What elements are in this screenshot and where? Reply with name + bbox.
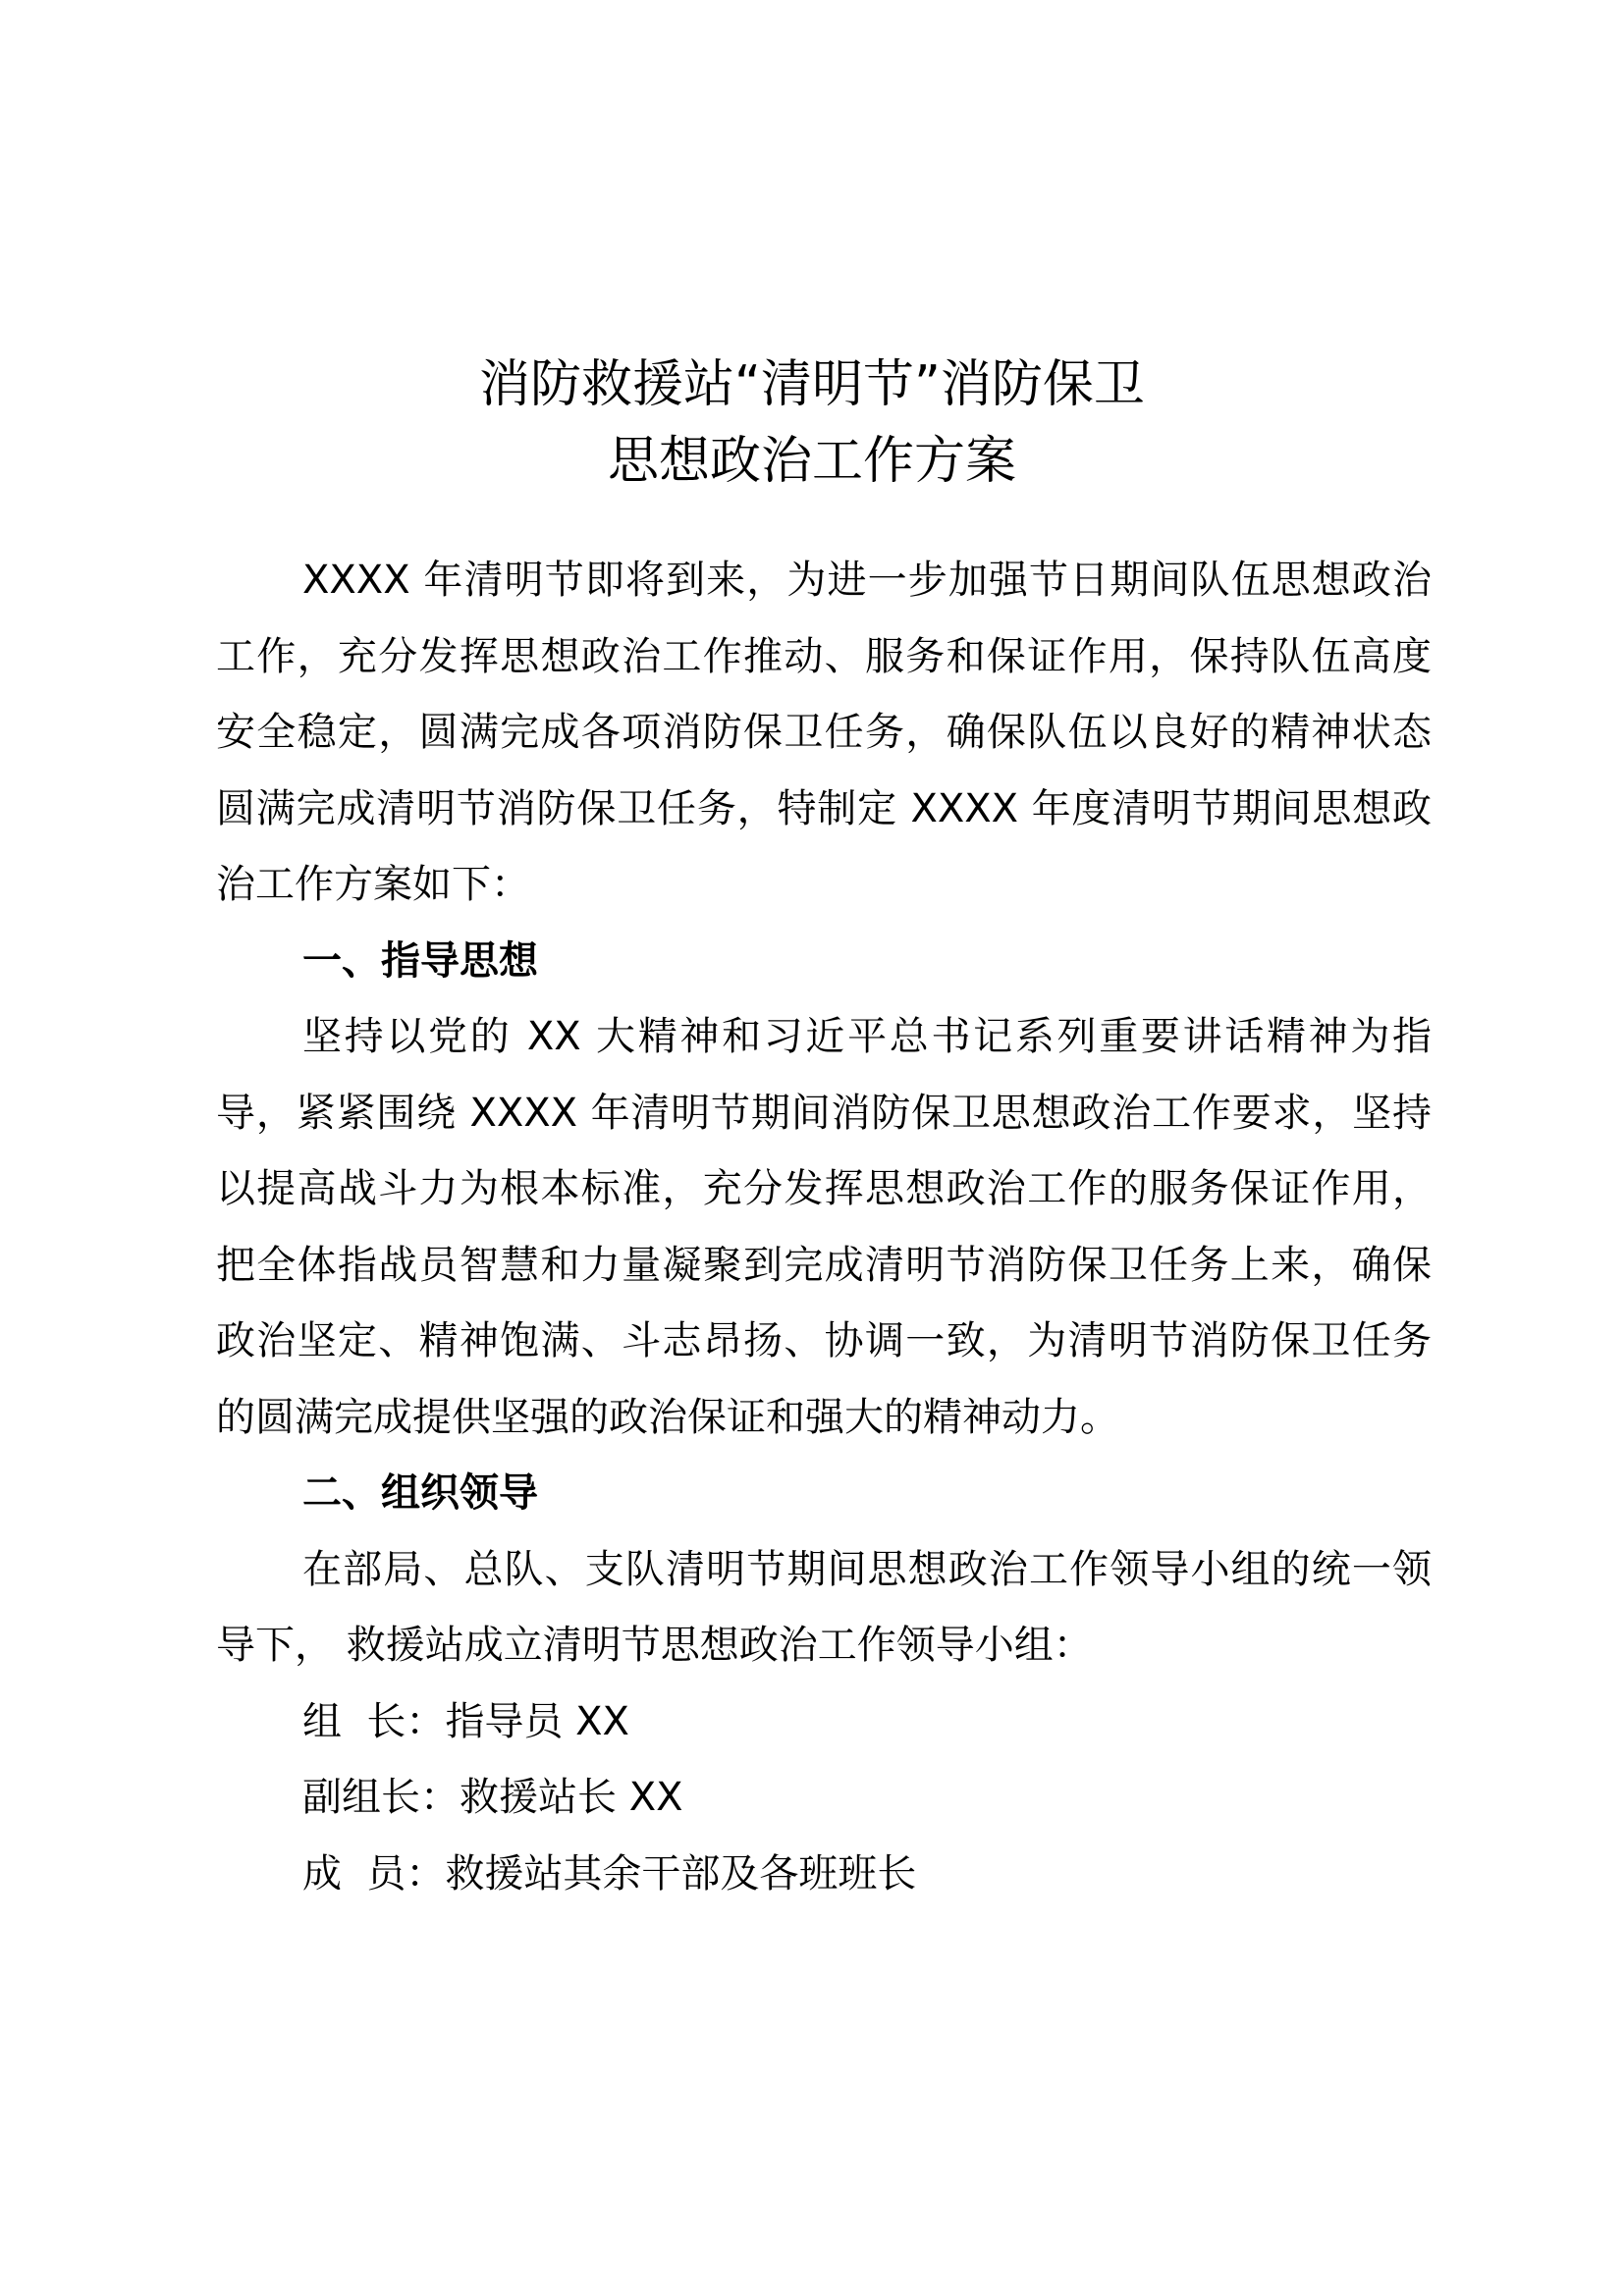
member-value: 救援站长 XX (460, 1775, 683, 1820)
section-paragraph-guiding-ideology: 坚持以党的 XX 大精神和习近平总书记系列重要讲话精神为指导，紧紧围绕 XXXX… (216, 999, 1432, 1456)
document-page: 消防救援站“清明节”消防保卫 思想政治工作方案 XXXX 年清明节即将到来，为进… (0, 0, 1624, 2296)
member-role: 成 员： (302, 1851, 445, 1896)
member-leader: 组 长：指导员 XX (216, 1684, 1432, 1761)
title-line-2: 思想政治工作方案 (0, 423, 1624, 500)
member-role: 组 长： (302, 1699, 445, 1744)
member-role: 副组长： (302, 1775, 460, 1820)
document-title: 消防救援站“清明节”消防保卫 思想政治工作方案 (0, 347, 1624, 500)
document-body: XXXX 年清明节即将到来，为进一步加强节日期间队伍思想政治工作，充分发挥思想政… (216, 543, 1432, 1912)
member-members: 成 员：救援站其余干部及各班班长 (216, 1837, 1432, 1913)
member-deputy-leader: 副组长：救援站长 XX (216, 1760, 1432, 1837)
section-paragraph-organization: 在部局、总队、支队清明节期间思想政治工作领导小组的统一领导下， 救援站成立清明节… (216, 1532, 1432, 1684)
member-value: 指导员 XX (445, 1699, 629, 1744)
section-heading-organization: 二、组织领导 (216, 1456, 1432, 1532)
intro-paragraph: XXXX 年清明节即将到来，为进一步加强节日期间队伍思想政治工作，充分发挥思想政… (216, 543, 1432, 924)
section-heading-guiding-ideology: 一、指导思想 (216, 924, 1432, 1000)
member-value: 救援站其余干部及各班班长 (445, 1851, 916, 1896)
title-line-1: 消防救援站“清明节”消防保卫 (0, 347, 1624, 423)
